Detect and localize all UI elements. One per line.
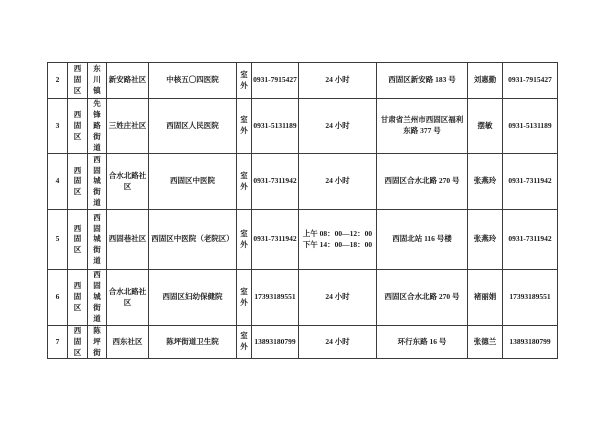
cell-hospital-name: 陈坪街道卫生院	[149, 325, 237, 359]
cell-hospital-name: 西固区中医院	[149, 154, 237, 210]
cell-row-number: 2	[48, 63, 68, 99]
cell-contact-phone: 0931-5131189	[503, 99, 558, 154]
cell-community: 西固巷社区	[107, 210, 149, 270]
cell-row-number: 3	[48, 99, 68, 154]
cell-phone: 0931-7311942	[252, 210, 299, 270]
cell-street: 先 锋 路 街 道	[88, 99, 107, 154]
cell-row-number: 6	[48, 270, 68, 325]
cell-row-number: 7	[48, 325, 68, 359]
cell-phone: 17393189551	[252, 270, 299, 325]
cell-district: 西 固 区	[68, 99, 88, 154]
cell-service-hours: 24 小时	[299, 325, 377, 359]
cell-address: 西固区新安路 183 号	[377, 63, 468, 99]
cell-address: 西固区合水北路 270 号	[377, 270, 468, 325]
table-row: 2 西 固 区 东 川 镇 新安路社区 中核五〇四医院 室 外 0931-791…	[48, 63, 558, 99]
cell-service-hours: 24 小时	[299, 99, 377, 154]
cell-phone: 0931-7915427	[252, 63, 299, 99]
cell-row-number: 5	[48, 210, 68, 270]
cell-location-type: 室 外	[237, 325, 252, 359]
cell-contact-name: 刘惠勤	[468, 63, 503, 99]
cell-address: 甘肃省兰州市西固区福利东路 377 号	[377, 99, 468, 154]
cell-community: 合水北路社区	[107, 154, 149, 210]
cell-community: 合水北路社区	[107, 270, 149, 325]
cell-street: 东 川 镇	[88, 63, 107, 99]
cell-service-hours: 上午 08：00—12：00 下午 14：00—18：00	[299, 210, 377, 270]
cell-contact-name: 张德兰	[468, 325, 503, 359]
cell-contact-name: 张燕玲	[468, 154, 503, 210]
cell-phone: 13893180799	[252, 325, 299, 359]
cell-location-type: 室 外	[237, 154, 252, 210]
cell-district: 西 固 区	[68, 210, 88, 270]
cell-contact-phone: 0931-7311942	[503, 210, 558, 270]
table-row: 3 西 固 区 先 锋 路 街 道 三姓庄社区 西固区人民医院 室 外 0931…	[48, 99, 558, 154]
cell-phone: 0931-5131189	[252, 99, 299, 154]
cell-service-hours: 24 小时	[299, 63, 377, 99]
table-row: 7 西 固 区 陈 坪 街 西东社区 陈坪街道卫生院 室 外 138931807…	[48, 325, 558, 359]
cell-contact-phone: 0931-7311942	[503, 154, 558, 210]
cell-street: 西 固 城 街 道	[88, 154, 107, 210]
cell-street: 西 固 城 街 道	[88, 270, 107, 325]
cell-hospital-name: 西固区妇幼保健院	[149, 270, 237, 325]
table-row: 6 西 固 区 西 固 城 街 道 合水北路社区 西固区妇幼保健院 室 外 17…	[48, 270, 558, 325]
cell-community: 西东社区	[107, 325, 149, 359]
cell-row-number: 4	[48, 154, 68, 210]
document-page: 2 西 固 区 东 川 镇 新安路社区 中核五〇四医院 室 外 0931-791…	[0, 0, 600, 424]
cell-contact-name: 摆敏	[468, 99, 503, 154]
cell-service-hours: 24 小时	[299, 154, 377, 210]
cell-contact-phone: 13893180799	[503, 325, 558, 359]
cell-location-type: 室 外	[237, 210, 252, 270]
sites-table: 2 西 固 区 东 川 镇 新安路社区 中核五〇四医院 室 外 0931-791…	[47, 62, 558, 359]
cell-community: 新安路社区	[107, 63, 149, 99]
cell-district: 西 固 区	[68, 63, 88, 99]
cell-street: 陈 坪 街	[88, 325, 107, 359]
cell-hospital-name: 西固区中医院（老院区）	[149, 210, 237, 270]
cell-location-type: 室 外	[237, 63, 252, 99]
cell-hospital-name: 西固区人民医院	[149, 99, 237, 154]
cell-contact-phone: 0931-7915427	[503, 63, 558, 99]
cell-address: 西固北站 116 号楼	[377, 210, 468, 270]
cell-address: 西固区合水北路 270 号	[377, 154, 468, 210]
cell-phone: 0931-7311942	[252, 154, 299, 210]
table-row: 4 西 固 区 西 固 城 街 道 合水北路社区 西固区中医院 室 外 0931…	[48, 154, 558, 210]
table-row: 5 西 固 区 西 固 城 街 道 西固巷社区 西固区中医院（老院区） 室 外 …	[48, 210, 558, 270]
sites-table-body: 2 西 固 区 东 川 镇 新安路社区 中核五〇四医院 室 外 0931-791…	[48, 63, 558, 359]
cell-contact-name: 张燕玲	[468, 210, 503, 270]
cell-address: 环行东路 16 号	[377, 325, 468, 359]
cell-location-type: 室 外	[237, 270, 252, 325]
cell-street: 西 固 城 街 道	[88, 210, 107, 270]
cell-service-hours: 24 小时	[299, 270, 377, 325]
cell-district: 西 固 区	[68, 154, 88, 210]
cell-contact-phone: 17393189551	[503, 270, 558, 325]
cell-location-type: 室 外	[237, 99, 252, 154]
cell-community: 三姓庄社区	[107, 99, 149, 154]
cell-district: 西 固 区	[68, 325, 88, 359]
cell-hospital-name: 中核五〇四医院	[149, 63, 237, 99]
cell-contact-name: 褚丽娟	[468, 270, 503, 325]
cell-district: 西 固 区	[68, 270, 88, 325]
